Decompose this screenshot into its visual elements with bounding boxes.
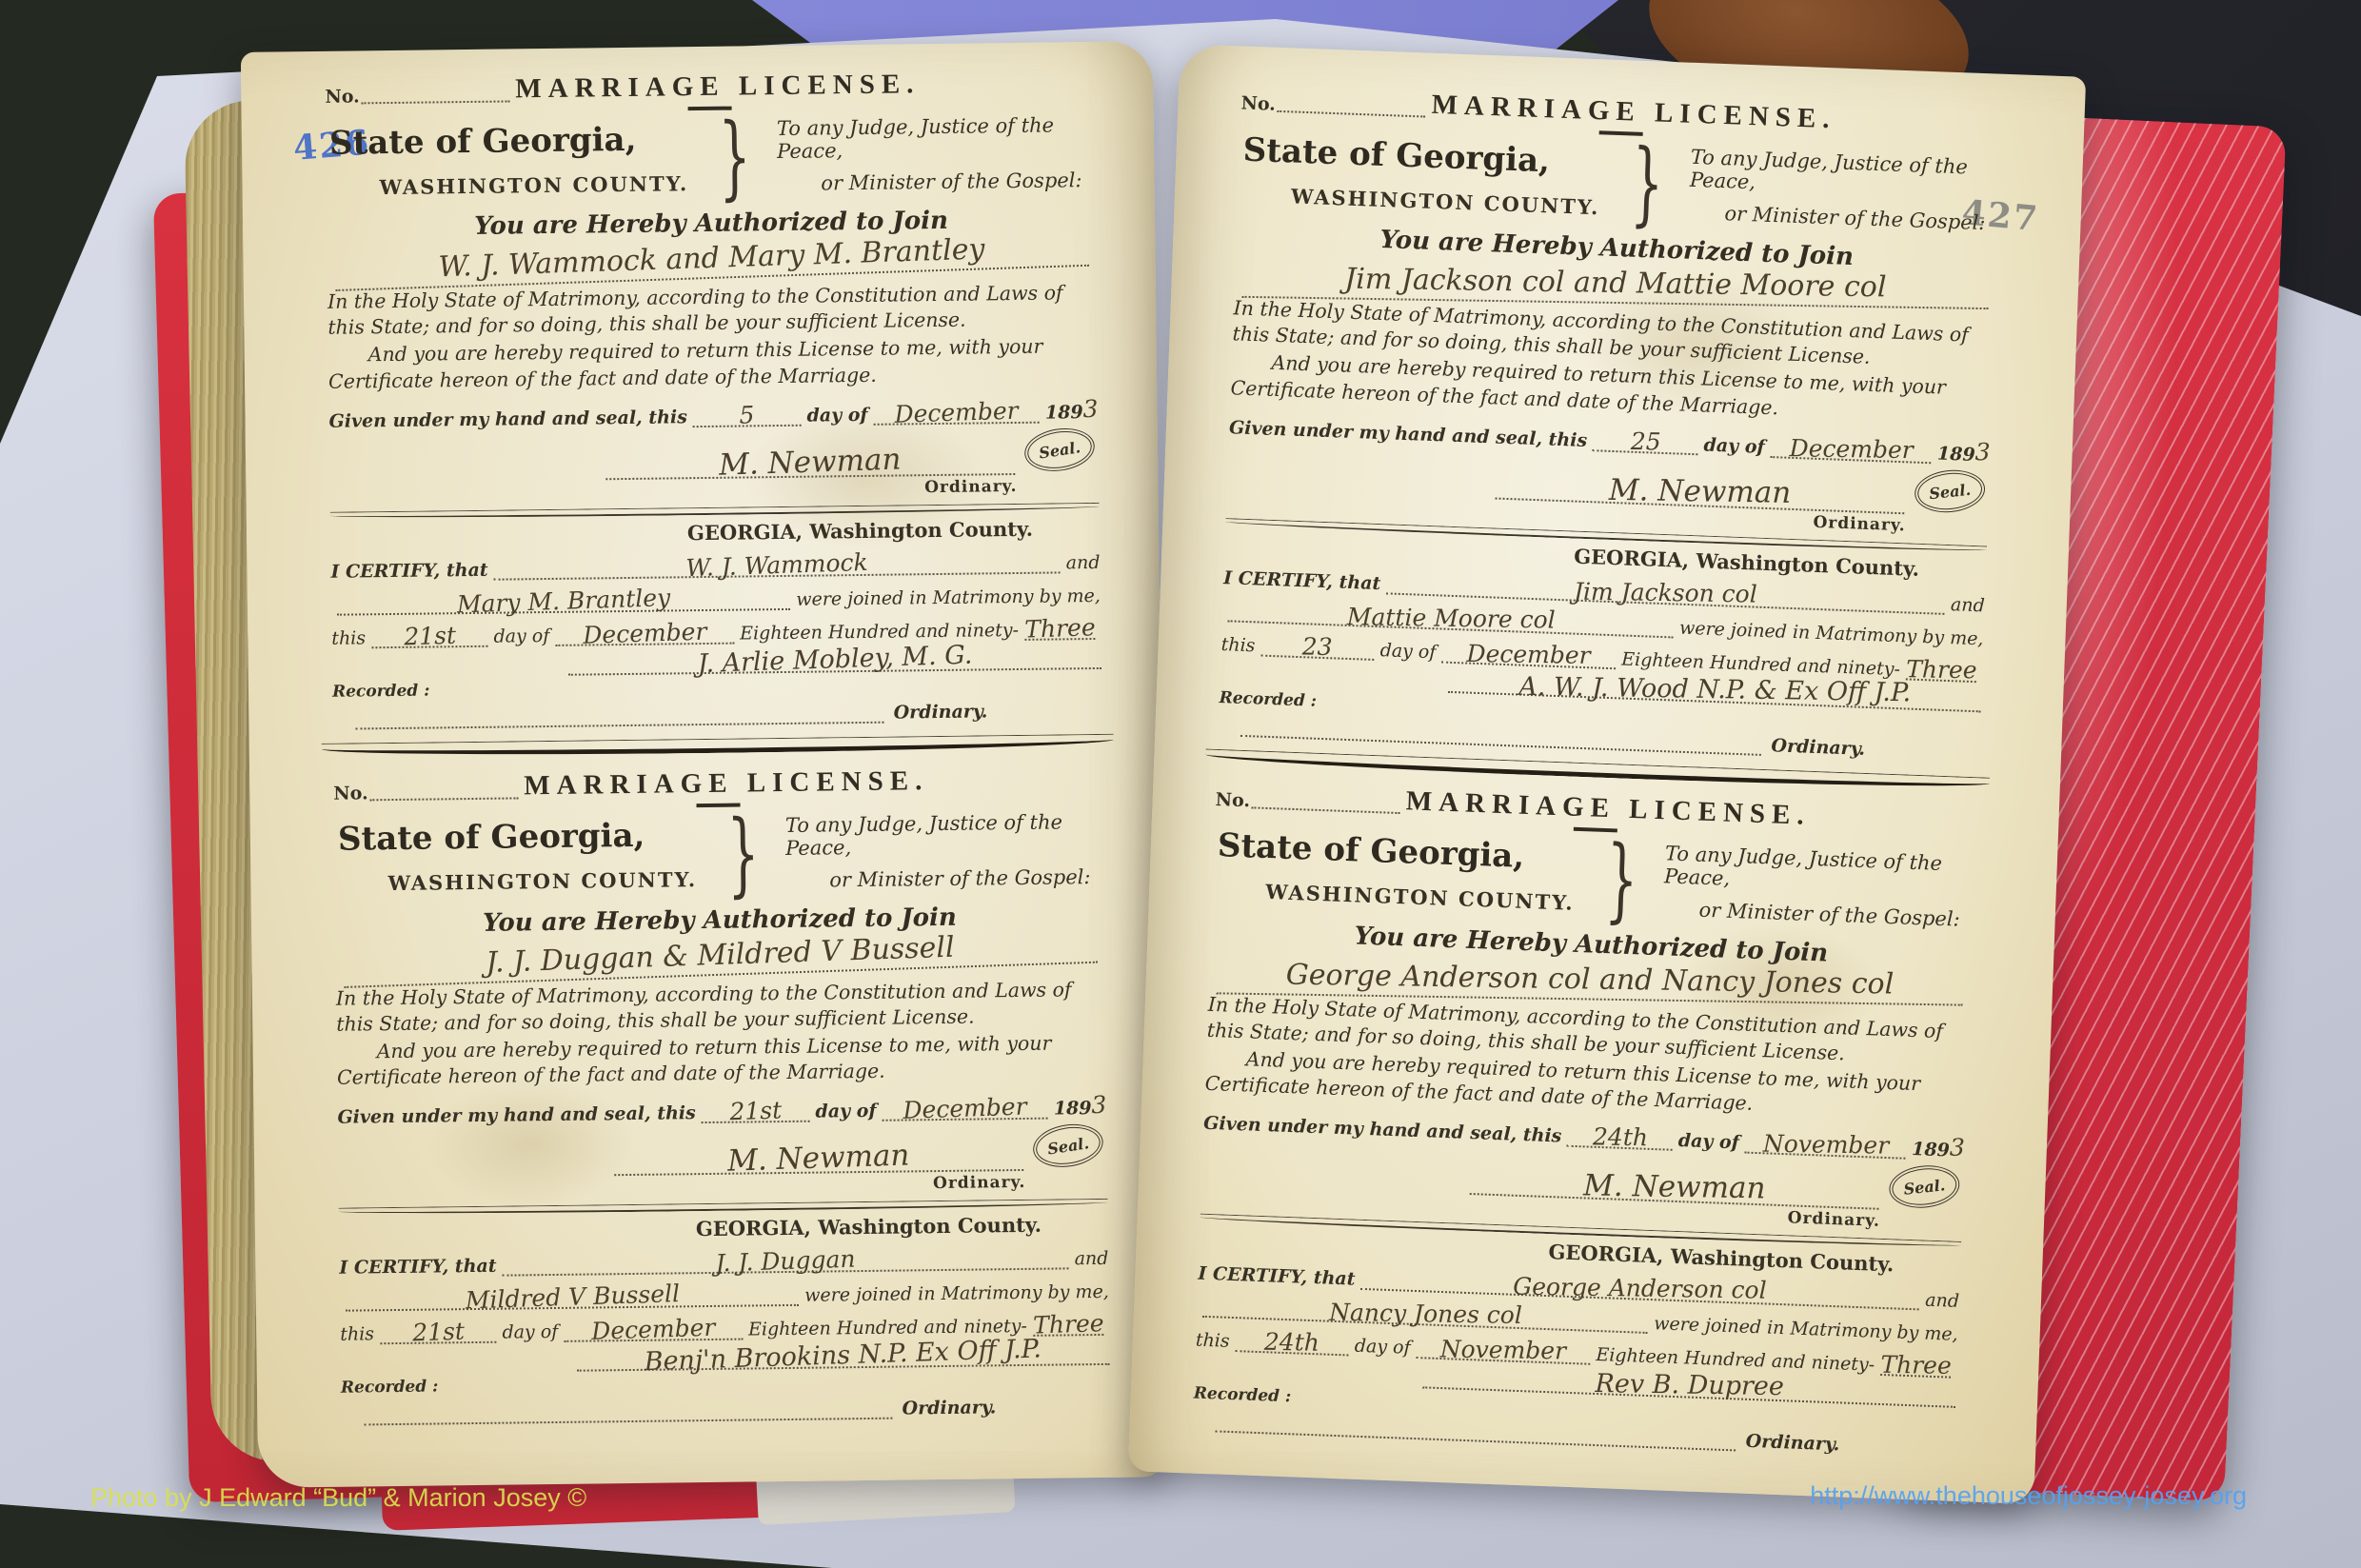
book-page-left: 426 No. MARRIAGE LICENSE. State of Georg… xyxy=(241,41,1170,1488)
license-number-blank xyxy=(1252,793,1400,814)
brace-glyph: } xyxy=(1630,142,1665,226)
ordinary-label: Ordinary. xyxy=(1745,1431,1839,1456)
county-heading: WASHINGTON COUNTY. xyxy=(1265,880,1593,916)
addressee-line1: To any Judge, Justice of the Peace, xyxy=(1690,146,2001,203)
license-year-digit-handwritten: 3 xyxy=(1082,394,1099,423)
license-header: No. MARRIAGE LICENSE. xyxy=(333,763,1102,804)
groom-name-handwritten: J. J. Duggan xyxy=(715,1245,856,1278)
license-day-handwritten: 21st xyxy=(729,1097,783,1126)
groom-name-handwritten: W. J. Wammock xyxy=(685,547,868,581)
joined-label: were joined in Matrimony by me, xyxy=(804,1281,1109,1306)
seal-stamp: Seal. xyxy=(1887,1162,1961,1211)
brace-glyph: } xyxy=(718,115,751,198)
license-month-handwritten: November xyxy=(1762,1130,1889,1160)
county-heading: WASHINGTON COUNTY. xyxy=(387,867,714,895)
year-prefix: 189 xyxy=(1912,1139,1950,1161)
form-title: MARRIAGE LICENSE. xyxy=(515,69,921,105)
website-watermark: http://www.thehouseofjossey-josey.org xyxy=(1810,1481,2247,1511)
married-day-handwritten: 21st xyxy=(411,1318,465,1347)
groom-name-handwritten: George Anderson col xyxy=(1513,1273,1767,1304)
brace-glyph: } xyxy=(726,812,760,895)
marriage-license-form-1: No. MARRIAGE LICENSE. State of Georgia, … xyxy=(325,67,1101,729)
license-number-blank xyxy=(362,87,510,104)
recorded-blank xyxy=(364,1406,892,1426)
joined-label: were joined in Matrimony by me, xyxy=(1654,1313,1958,1345)
license-month-handwritten: December xyxy=(903,1093,1027,1124)
license-body-1: In the Holy State of Matrimony, accordin… xyxy=(336,977,1106,1038)
addressee-block: State of Georgia, WASHINGTON COUNTY. } T… xyxy=(1237,127,2001,237)
book-page-right: 427 No. MARRIAGE LICENSE. State of Georg… xyxy=(1128,44,2086,1504)
given-label: Given under my hand and seal, this xyxy=(328,407,687,432)
officiant-signature-handwritten: Rev B. Dupree xyxy=(1595,1369,1784,1401)
header-spacer xyxy=(1810,831,2000,838)
state-heading: State of Georgia, xyxy=(1242,130,1619,182)
license-body-2: And you are hereby required to return th… xyxy=(328,333,1099,394)
married-day-handwritten: 24th xyxy=(1264,1328,1319,1357)
married-month-handwritten: December xyxy=(1467,639,1592,668)
license-number-blank xyxy=(1278,97,1426,118)
recorded-line: Ordinary. xyxy=(355,701,987,729)
license-number-label: No. xyxy=(333,783,368,804)
bride-name-handwritten: Nancy Jones col xyxy=(1329,1299,1522,1329)
year-prefix: 189 xyxy=(1937,443,1975,465)
license-number-label: No. xyxy=(325,86,360,107)
license-number-blank xyxy=(370,784,519,801)
and-label: and xyxy=(1925,1290,1960,1312)
certify-label: I CERTIFY, that xyxy=(1223,567,1381,594)
day-of-label: day of xyxy=(1354,1336,1411,1359)
seal-stamp: Seal. xyxy=(1030,1120,1106,1172)
married-month-handwritten: November xyxy=(1440,1336,1567,1365)
license-header: No. MARRIAGE LICENSE. xyxy=(325,67,1094,108)
ordinary-signature-row: M. Newman Seal. xyxy=(338,1124,1108,1180)
state-heading: State of Georgia, xyxy=(1217,826,1594,878)
recorded-blank xyxy=(1240,723,1761,755)
addressee-block: State of Georgia, WASHINGTON COUNTY. } T… xyxy=(334,807,1104,899)
addressee-line1: To any Judge, Justice of the Peace, xyxy=(1664,842,1975,899)
license-month-handwritten: December xyxy=(1789,434,1914,464)
ordinary-signature-handwritten: M. Newman xyxy=(719,442,902,482)
marriage-license-form-3: No. MARRIAGE LICENSE. State of Georgia, … xyxy=(1218,82,2003,763)
license-day-handwritten: 24th xyxy=(1592,1122,1647,1151)
addressee-line1: To any Judge, Justice of the Peace, xyxy=(785,810,1103,860)
joined-label: were joined in Matrimony by me, xyxy=(796,585,1101,609)
certify-header: GEORGIA, Washington County. xyxy=(339,1212,1108,1245)
addressee-line1: To any Judge, Justice of the Peace, xyxy=(777,113,1095,163)
county-heading: WASHINGTON COUNTY. xyxy=(379,171,705,199)
day-of-label: day of xyxy=(502,1321,558,1343)
ordinary-label: Ordinary. xyxy=(902,1397,996,1419)
married-month-handwritten: December xyxy=(583,617,707,648)
marriage-license-form-2: No. MARRIAGE LICENSE. State of Georgia, … xyxy=(333,763,1110,1425)
married-day-handwritten: 23 xyxy=(1302,632,1333,660)
recorded-blank xyxy=(1215,1419,1736,1452)
certify-row-groom: I CERTIFY, that W. J. Wammock and xyxy=(330,547,1100,583)
certify-row-groom: I CERTIFY, that J. J. Duggan and xyxy=(339,1243,1108,1279)
married-year-word-handwritten: Three xyxy=(1032,1309,1103,1339)
given-line: Given under my hand and seal, this 21st … xyxy=(337,1091,1106,1128)
license-year-digit-handwritten: 3 xyxy=(1950,1134,1965,1161)
day-of-label: day of xyxy=(1379,640,1437,663)
addressee-line2: or Minister of the Gospel: xyxy=(1663,897,1974,931)
day-of-label: day of xyxy=(1677,1130,1739,1153)
addressee-line2: or Minister of the Gospel: xyxy=(777,169,1095,195)
this-label: this xyxy=(331,627,366,648)
ordinary-signature-handwritten: M. Newman xyxy=(1609,472,1792,509)
ordinary-signature-row: M. Newman Seal. xyxy=(329,428,1100,484)
state-heading: State of Georgia, xyxy=(338,816,714,859)
certify-header: GEORGIA, Washington County. xyxy=(330,516,1100,549)
seal-stamp: Seal. xyxy=(1913,466,1987,515)
recorded-blank xyxy=(355,709,883,729)
groom-name-handwritten: Jim Jackson col xyxy=(1574,577,1757,607)
married-month-handwritten: December xyxy=(591,1314,716,1345)
bride-name-handwritten: Mildred V Bussell xyxy=(465,1280,680,1314)
officiant-signature-handwritten: J. Arlie Mobley, M. G. xyxy=(697,640,973,679)
photo-credit-watermark: Photo by J Edward “Bud” & Marion Josey © xyxy=(90,1483,586,1513)
year-prefix: 189 xyxy=(1054,1098,1092,1119)
day-of-label: day of xyxy=(806,404,867,426)
license-month-handwritten: December xyxy=(894,396,1019,427)
addressee-line2: or Minister of the Gospel: xyxy=(1688,201,1999,235)
certify-label: I CERTIFY, that xyxy=(330,559,487,582)
joined-label: were joined in Matrimony by me, xyxy=(1679,617,1984,649)
license-day-handwritten: 25 xyxy=(1630,427,1660,455)
officiant-signature-handwritten: A. W. J. Wood N.P. & Ex Off J.P. xyxy=(1518,671,1911,706)
state-heading: State of Georgia, xyxy=(329,120,705,163)
addressee-block: State of Georgia, WASHINGTON COUNTY. } T… xyxy=(326,111,1096,203)
header-spacer xyxy=(1835,135,2026,142)
photo-of-marriage-record-book: 426 No. MARRIAGE LICENSE. State of Georg… xyxy=(0,0,2361,1568)
addressee-block: State of Georgia, WASHINGTON COUNTY. } T… xyxy=(1212,824,1976,934)
record-book: 426 No. MARRIAGE LICENSE. State of Georg… xyxy=(143,33,2261,1538)
eighteen-ninety-label: Eighteen Hundred and ninety- xyxy=(740,620,1019,645)
this-label: this xyxy=(340,1323,374,1344)
header-spacer xyxy=(929,794,1120,796)
day-of-label: day of xyxy=(493,625,549,647)
and-label: and xyxy=(1951,594,1986,616)
license-body-2: And you are hereby required to return th… xyxy=(336,1030,1106,1091)
ordinary-signature-handwritten: M. Newman xyxy=(1583,1169,1766,1206)
this-label: this xyxy=(1220,634,1255,656)
license-year-digit-handwritten: 3 xyxy=(1975,438,1991,466)
marriage-license-form-4: No. MARRIAGE LICENSE. State of Georgia, … xyxy=(1192,779,1977,1459)
brace-glyph: } xyxy=(1604,838,1639,922)
license-number-label: No. xyxy=(1240,92,1276,114)
seal-stamp: Seal. xyxy=(1022,424,1098,476)
certify-row-bride: Mary M. Brantley were joined in Matrimon… xyxy=(331,580,1101,615)
county-heading: WASHINGTON COUNTY. xyxy=(1291,184,1618,220)
license-year-digit-handwritten: 3 xyxy=(1091,1091,1107,1120)
form-divider xyxy=(322,733,1114,757)
day-of-label: day of xyxy=(815,1101,876,1122)
and-label: and xyxy=(1066,551,1101,572)
married-day-handwritten: 21st xyxy=(403,621,456,650)
certify-label: I CERTIFY, that xyxy=(1198,1263,1356,1290)
header-spacer xyxy=(921,98,1111,100)
given-label: Given under my hand and seal, this xyxy=(337,1102,696,1128)
year-prefix: 189 xyxy=(1045,402,1083,423)
recorded-line: Ordinary. xyxy=(364,1397,996,1425)
ordinary-label: Ordinary. xyxy=(1771,735,1865,760)
ordinary-label: Ordinary. xyxy=(894,701,988,723)
addressee-line2: or Minister of the Gospel: xyxy=(785,865,1103,892)
married-year-word-handwritten: Three xyxy=(1880,1351,1952,1379)
ordinary-signature-handwritten: M. Newman xyxy=(727,1139,910,1179)
bride-name-handwritten: Mattie Moore col xyxy=(1346,603,1555,633)
license-number-label: No. xyxy=(1215,789,1250,811)
this-label: this xyxy=(1196,1330,1230,1352)
license-body-1: In the Holy State of Matrimony, accordin… xyxy=(327,280,1098,341)
license-day-handwritten: 5 xyxy=(739,401,755,429)
married-year-word-handwritten: Three xyxy=(1023,613,1095,643)
certify-label: I CERTIFY, that xyxy=(339,1256,496,1279)
and-label: and xyxy=(1075,1248,1109,1269)
married-year-word-handwritten: Three xyxy=(1906,655,1977,684)
day-of-label: day of xyxy=(1703,434,1765,457)
certify-row-bride: Mildred V Bussell were joined in Matrimo… xyxy=(340,1277,1109,1312)
bride-name-handwritten: Mary M. Brantley xyxy=(456,584,670,618)
given-line: Given under my hand and seal, this 5 day… xyxy=(328,395,1098,432)
form-title: MARRIAGE LICENSE. xyxy=(524,765,929,802)
